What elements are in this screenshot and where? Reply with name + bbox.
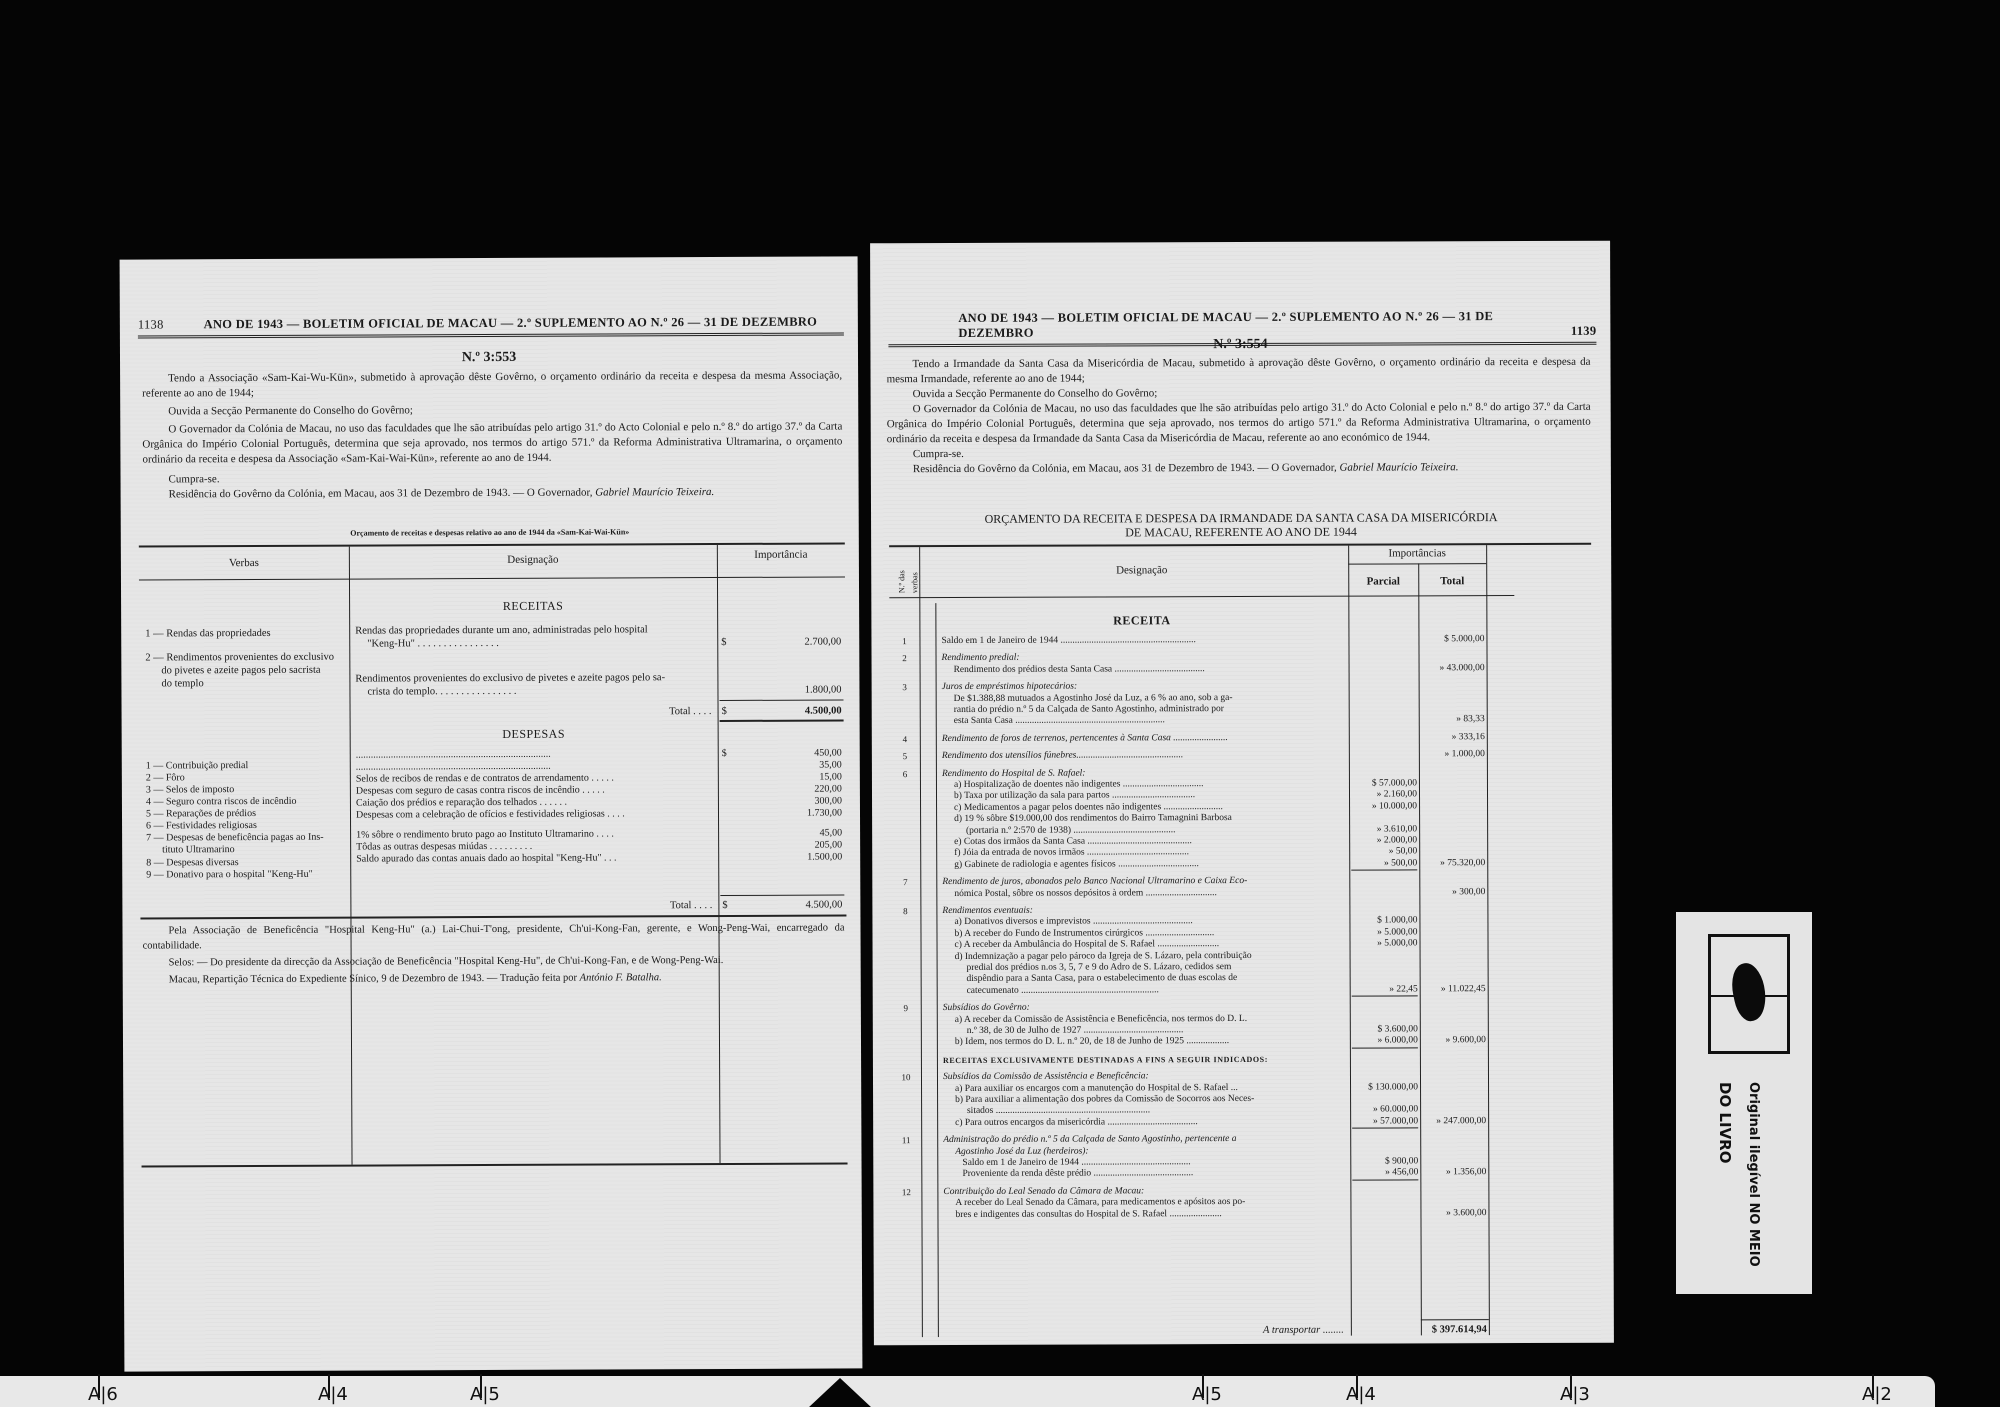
header-designacao: Designação xyxy=(935,564,1348,578)
verba-item: 1 — Rendas das propriedades xyxy=(145,627,270,641)
despesa-value: 1.730,00 xyxy=(732,806,842,819)
table-top-rule xyxy=(139,542,845,547)
verba-number: 2 xyxy=(890,653,920,666)
total-value: » 300,00 xyxy=(1421,886,1485,899)
footer-text: Pela Associação de Beneficência "Hospita… xyxy=(142,920,844,987)
total-value: » 9.600,00 xyxy=(1422,1035,1486,1048)
signature-line: Residência do Govêrno da Colónia, em Mac… xyxy=(913,462,1337,475)
column-divider xyxy=(1418,563,1422,1335)
running-head: 1138 ANO DE 1943 — BOLETIM OFICIAL DE MA… xyxy=(138,314,844,338)
translator-signature: António F. Batalha. xyxy=(580,972,662,983)
footer-paragraph: Macau, Repartição Técnica do Expediente … xyxy=(143,969,845,987)
despesa-designacao: Saldo apurado das contas anuais dado ao … xyxy=(356,851,712,866)
receita-value: 2.700,00 xyxy=(731,635,841,648)
intro-paragraph: Tendo a Associação «Sam-Kai-Wu-Kün», sub… xyxy=(142,368,842,401)
strip-marker: A|5 xyxy=(470,1384,500,1405)
verba-item: do pivetes e azeite pagos pelo sacrista xyxy=(161,664,320,678)
damaged-book-icon xyxy=(1708,934,1790,1054)
header-rule xyxy=(139,576,845,580)
column-divider xyxy=(919,547,923,1337)
total-value: $ 5.000,00 xyxy=(1420,633,1484,646)
header-parcial: Parcial xyxy=(1348,575,1418,588)
signature-name: Gabriel Maurício Teixeira. xyxy=(595,486,714,499)
receita-designacao: "Keng-Hu" . . . . . . . . . . . . . . . … xyxy=(367,637,499,651)
designacao-line: nómica Postal, sôbre os nossos depósitos… xyxy=(954,886,1347,900)
footer-paragraph: Pela Associação de Beneficência "Hospita… xyxy=(142,920,844,953)
sum-rule xyxy=(1351,870,1417,871)
total-value: » 247.000,00 xyxy=(1422,1115,1486,1128)
designacao-line: esta Santa Casa ........................… xyxy=(954,714,1347,728)
parcial-value: » 22,45 xyxy=(1352,983,1418,996)
decree-number: N.º 3:553 xyxy=(120,348,858,367)
designacao-line: RECEITAS EXCLUSIVAMENTE DESTINADAS A FIN… xyxy=(943,1052,1348,1066)
column-divider xyxy=(717,545,721,1163)
designacao-line: Rendimento dos prédios desta Santa Casa … xyxy=(954,662,1347,676)
header-rule xyxy=(889,595,1514,598)
strip-marker: A|4 xyxy=(318,1384,348,1405)
total-label: Total . . . . xyxy=(542,705,712,719)
parcial-value: » 6.000,00 xyxy=(1352,1035,1418,1048)
parcial-value: » 456,00 xyxy=(1352,1167,1418,1180)
sum-rule xyxy=(1352,996,1418,997)
strip-marker: A|6 xyxy=(88,1384,118,1405)
parcial-value: $ 130.000,00 xyxy=(1352,1081,1418,1094)
intro-paragraph: Tendo a Irmandade da Santa Casa da Miser… xyxy=(886,355,1590,387)
total-value: » 83,33 xyxy=(1421,714,1485,727)
microfilm-edge-strip: A|6 A|4 A|5 A|5 A|4 A|3 A|2 xyxy=(0,1376,1935,1407)
footer-paragraph: Selos: — Do presidente da direcção da As… xyxy=(143,952,845,970)
verba-number: 6 xyxy=(890,768,920,781)
parcial-value: » 10.000,00 xyxy=(1351,800,1417,813)
designacao-line: Rendimento dos utensílios fúnebres......… xyxy=(942,749,1347,763)
verba-number: 5 xyxy=(890,750,920,763)
verba-number: 1 xyxy=(889,635,919,648)
receita-heading: RECEITA xyxy=(935,614,1348,628)
verba-item: tituto Ultramarino xyxy=(162,843,235,856)
signature-paragraph: Residência do Govêrno da Colónia, em Mac… xyxy=(143,484,843,502)
designacao-line: bres e indigentes das consultas do Hospi… xyxy=(955,1207,1348,1221)
signature-paragraph: Residência do Govêrno da Colónia, em Mac… xyxy=(887,460,1591,477)
page-number: 1138 xyxy=(138,317,164,332)
column-divider xyxy=(1486,545,1490,1335)
carry-label: A transportar ........ xyxy=(1074,1324,1344,1338)
despesas-heading: DESPESAS xyxy=(350,727,718,742)
header-designacao: Designação xyxy=(349,553,717,568)
currency-sign: $ xyxy=(722,747,727,760)
despesas-total: 4.500,00 xyxy=(732,898,842,911)
signature-line: Residência do Govêrno da Colónia, em Mac… xyxy=(169,487,593,501)
designacao-line: Saldo em 1 de Janeiro de 1944 ..........… xyxy=(941,634,1346,648)
verba-number: 12 xyxy=(891,1186,921,1199)
verba-number: 9 xyxy=(891,1002,921,1015)
intro-paragraph: Ouvida a Secção Permanente do Conselho d… xyxy=(142,401,842,419)
parcial-value: » 500,00 xyxy=(1351,857,1417,870)
column-divider xyxy=(349,547,353,1165)
verba-item: 9 — Donativo para o hospital "Keng-Hu" xyxy=(146,868,313,882)
currency-sign: $ xyxy=(722,899,727,912)
intro-text: Tendo a Irmandade da Santa Casa da Miser… xyxy=(886,355,1590,477)
total-value: » 75.320,00 xyxy=(1421,857,1485,870)
header-importancia: Importância xyxy=(717,548,845,562)
verba-item: do templo xyxy=(161,677,203,690)
intro-paragraph: O Governador da Colónia de Macau, no uso… xyxy=(887,400,1591,447)
table-title: Orçamento de receitas e despesas relativ… xyxy=(121,526,859,538)
strip-marker: A|2 xyxy=(1862,1384,1892,1405)
total-value: » 11.022,45 xyxy=(1422,983,1486,996)
sub-item: b) Idem, nos termos do D. L. n.º 20, de … xyxy=(955,1035,1348,1049)
receita-designacao: Rendas das propriedades durante um ano, … xyxy=(355,623,648,637)
despesa-value: 1.500,00 xyxy=(732,850,842,863)
currency-sign: $ xyxy=(722,705,727,718)
right-page: ANO DE 1943 — BOLETIM OFICIAL DE MACAU —… xyxy=(870,241,1614,1346)
footer-rule xyxy=(140,914,846,919)
parcial-value: » 5.000,00 xyxy=(1352,938,1418,951)
header-verbas: Verbas xyxy=(139,557,349,571)
sum-rule xyxy=(1421,1319,1489,1320)
total-rule xyxy=(720,719,844,722)
sub-item: c) Para outros encargos da misericórdia … xyxy=(955,1115,1348,1129)
receita-value: 1.800,00 xyxy=(731,683,841,696)
carry-total: $ 397.614,94 xyxy=(1421,1323,1487,1336)
strip-marker: A|3 xyxy=(1560,1384,1590,1405)
strip-marker: A|4 xyxy=(1346,1384,1376,1405)
strip-marker: A|5 xyxy=(1192,1384,1222,1405)
running-head-text: ANO DE 1943 — BOLETIM OFICIAL DE MACAU —… xyxy=(204,315,818,333)
intro-text: Tendo a Associação «Sam-Kai-Wu-Kün», sub… xyxy=(142,368,843,502)
designacao-line: Rendimento de foros de terrenos, pertenc… xyxy=(942,731,1347,745)
signature-name: Gabriel Maurício Teixeira. xyxy=(1339,461,1458,473)
card-text-line2: DO LIVRO xyxy=(1716,1082,1734,1163)
verba-number: 8 xyxy=(890,905,920,918)
column-divider xyxy=(935,603,939,1337)
verba-number: 11 xyxy=(891,1134,921,1147)
header-numero: N.º das verbas xyxy=(895,555,915,593)
receita-designacao: Rendimentos provenientes do exclusivo de… xyxy=(355,671,665,685)
sum-rule xyxy=(1352,1179,1418,1180)
despesa-designacao: Despesas com a celebração de ofícios e f… xyxy=(356,807,712,822)
footer-text-line: Macau, Repartição Técnica do Expediente … xyxy=(169,973,577,986)
left-page: 1138 ANO DE 1943 — BOLETIM OFICIAL DE MA… xyxy=(120,256,863,1371)
sum-rule xyxy=(720,894,844,896)
frame-arrow-icon xyxy=(808,1378,872,1407)
receitas-total: 4.500,00 xyxy=(732,704,842,717)
table-title: DE MACAU, REFERENTE AO ANO DE 1944 xyxy=(871,525,1611,541)
intro-paragraph: O Governador da Colónia de Macau, no uso… xyxy=(142,419,842,467)
verba-item: 2 — Rendimentos provenientes do exclusiv… xyxy=(145,651,334,665)
total-value: » 3.600,00 xyxy=(1422,1207,1486,1220)
sub-item: catecumenato ...........................… xyxy=(955,983,1348,997)
total-label: Total . . . . xyxy=(542,899,712,913)
verba-number: 10 xyxy=(891,1071,921,1084)
verba-number: 4 xyxy=(890,733,920,746)
currency-sign: $ xyxy=(721,636,726,649)
header-total: Total xyxy=(1418,575,1486,588)
header-importancias: Importâncias xyxy=(1348,547,1486,560)
verba-number: 3 xyxy=(890,681,920,694)
parcial-value: » 57.000,00 xyxy=(1352,1115,1418,1128)
sum-rule xyxy=(720,699,844,701)
illegible-notice-card: Original ilegível NO MEIO DO LIVRO xyxy=(1676,912,1812,1294)
total-value: » 1.000,00 xyxy=(1421,748,1485,761)
total-value: » 1.356,00 xyxy=(1422,1167,1486,1180)
receita-designacao: crista do templo. . . . . . . . . . . . … xyxy=(367,685,516,699)
total-value: » 43.000,00 xyxy=(1421,662,1485,675)
card-text-line1: Original ilegível NO MEIO xyxy=(1746,1082,1761,1267)
sum-rule xyxy=(1352,1047,1418,1048)
decree-number: N.º 3:554 xyxy=(870,336,1610,355)
sub-item: g) Gabinete de radiologia e agentes físi… xyxy=(954,857,1347,871)
header-subrule xyxy=(1348,563,1486,564)
sub-item: Proveniente da renda dêste prédio ......… xyxy=(955,1167,1348,1181)
table-bottom-rule xyxy=(142,1162,848,1167)
total-value: » 333,16 xyxy=(1421,731,1485,744)
receitas-heading: RECEITAS xyxy=(349,599,717,614)
sum-rule xyxy=(1352,1128,1418,1129)
table-title: ORÇAMENTO DA RECEITA E DESPESA DA IRMAND… xyxy=(871,511,1611,527)
verba-number: 7 xyxy=(890,876,920,889)
